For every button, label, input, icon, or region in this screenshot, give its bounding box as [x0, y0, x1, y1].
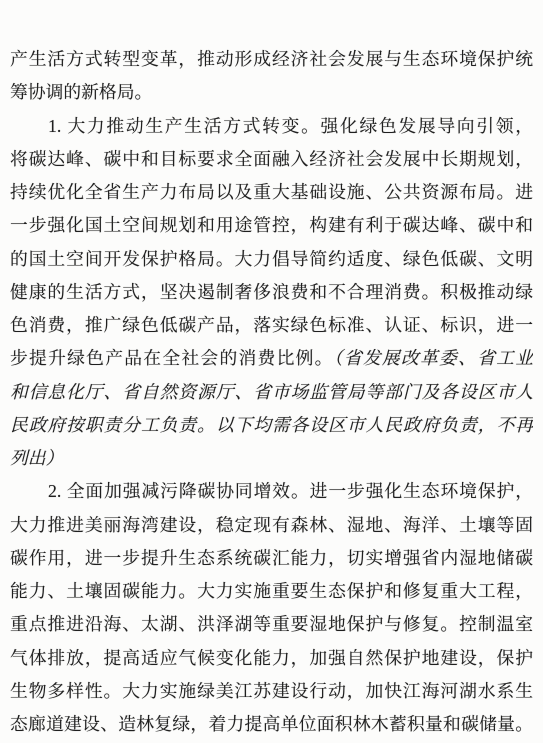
- text-line: 将碳达峰、碳中和目标要求全面融入经济社会发展中长期规划，: [10, 143, 533, 176]
- text-line: 1. 大力推动生产生活方式转变。强化绿色发展导向引领，: [10, 110, 533, 143]
- text-segment: 的国土空间开发保护格局。大力倡导简约适度、绿色低碳、文明: [10, 249, 533, 269]
- text-segment-kai: 列出）: [10, 448, 63, 468]
- text-segment: 持续优化全省生产力布局以及重大基础设施、公共资源布局。进: [10, 182, 533, 202]
- text-segment: 产生活方式转型变革，推动形成经济社会发展与生态环境保护统: [10, 49, 533, 69]
- text-line: 的国土空间开发保护格局。大力倡导简约适度、绿色低碳、文明: [10, 243, 533, 276]
- text-segment: 筹协调的新格局。: [10, 82, 152, 102]
- text-line: 碳作用，进一步提升生态系统碳汇能力，切实增强省内湿地储碳: [10, 542, 533, 575]
- text-line: 能力、土壤固碳能力。大力实施重要生态保护和修复重大工程，: [10, 575, 533, 608]
- text-line: 气体排放，提高适应气候变化能力，加强自然保护地建设，保护: [10, 642, 533, 675]
- text-segment: 健康的生活方式，坚决遏制奢侈浪费和不合理消费。积极推动绿: [10, 282, 533, 302]
- document-page: 产生活方式转型变革，推动形成经济社会发展与生态环境保护统筹协调的新格局。1. 大…: [0, 0, 543, 743]
- text-segment: 色消费，推广绿色低碳产品，落实绿色标准、认证、标识，进一: [10, 315, 533, 335]
- text-line: 大力推进美丽海湾建设，稳定现有森林、湿地、海洋、土壤等固: [10, 509, 533, 542]
- text-segment: 能力、土壤固碳能力。大力实施重要生态保护和修复重大工程，: [10, 581, 533, 601]
- text-line: 健康的生活方式，坚决遏制奢侈浪费和不合理消费。积极推动绿: [10, 276, 533, 309]
- text-line: 一步强化国土空间规划和用途管控，构建有利于碳达峰、碳中和: [10, 209, 533, 242]
- text-line: 2. 全面加强减污降碳协同增效。进一步强化生态环境保护，: [10, 475, 533, 508]
- text-segment: 生物多样性。大力实施绿美江苏建设行动，加快江海河湖水系生: [10, 681, 533, 701]
- text-segment: 2. 全面加强减污降碳协同增效。进一步强化生态环境保护，: [48, 481, 533, 501]
- text-line: 生物多样性。大力实施绿美江苏建设行动，加快江海河湖水系生: [10, 675, 533, 708]
- document-viewport: { "colors": { "paper_background": "#fcfc…: [0, 0, 543, 743]
- text-segment: 1. 大力推动生产生活方式转变。强化绿色发展导向引领，: [48, 116, 533, 136]
- text-segment: 气体排放，提高适应气候变化能力，加强自然保护地建设，保护: [10, 648, 533, 668]
- text-segment: 碳作用，进一步提升生态系统碳汇能力，切实增强省内湿地储碳: [10, 548, 533, 568]
- text-line: 持续优化全省生产力布局以及重大基础设施、公共资源布局。进: [10, 176, 533, 209]
- text-segment: 将碳达峰、碳中和目标要求全面融入经济社会发展中长期规划，: [10, 149, 533, 169]
- text-segment: 大力推进美丽海湾建设，稳定现有森林、湿地、海洋、土壤等固: [10, 515, 533, 535]
- text-segment-kai: 民政府按职责分工负责。以下均需各设区市人民政府负责，不再: [10, 415, 533, 435]
- text-line: 列出）: [10, 442, 533, 475]
- text-line: 色消费，推广绿色低碳产品，落实绿色标准、认证、标识，进一: [10, 309, 533, 342]
- text-line: 重点推进沿海、太湖、洪泽湖等重要湿地保护与修复。控制温室: [10, 608, 533, 641]
- text-segment: 重点推进沿海、太湖、洪泽湖等重要湿地保护与修复。控制温室: [10, 614, 533, 634]
- text-line: 和信息化厅、省自然资源厅、省市场监管局等部门及各设区市人: [10, 376, 533, 409]
- text-segment-kai: 和信息化厅、省自然资源厅、省市场监管局等部门及各设区市人: [10, 382, 533, 402]
- text-line: 民政府按职责分工负责。以下均需各设区市人民政府负责，不再: [10, 409, 533, 442]
- text-segment-kai: （省发展改革委、省工业: [334, 348, 533, 368]
- text-line: 筹协调的新格局。: [10, 76, 533, 109]
- text-line: 产生活方式转型变革，推动形成经济社会发展与生态环境保护统: [10, 43, 533, 76]
- text-segment: 步提升绿色产品在全社会的消费比例。: [10, 348, 334, 368]
- text-segment: 态廊道建设、造林复绿，着力提高单位面积林木蓄积量和碳储量。: [10, 714, 533, 734]
- text-segment: 一步强化国土空间规划和用途管控，构建有利于碳达峰、碳中和: [10, 215, 533, 235]
- text-line: 步提升绿色产品在全社会的消费比例。（省发展改革委、省工业: [10, 342, 533, 375]
- document-text: 产生活方式转型变革，推动形成经济社会发展与生态环境保护统筹协调的新格局。1. 大…: [10, 43, 533, 741]
- text-line: 态廊道建设、造林复绿，着力提高单位面积林木蓄积量和碳储量。: [10, 708, 533, 741]
